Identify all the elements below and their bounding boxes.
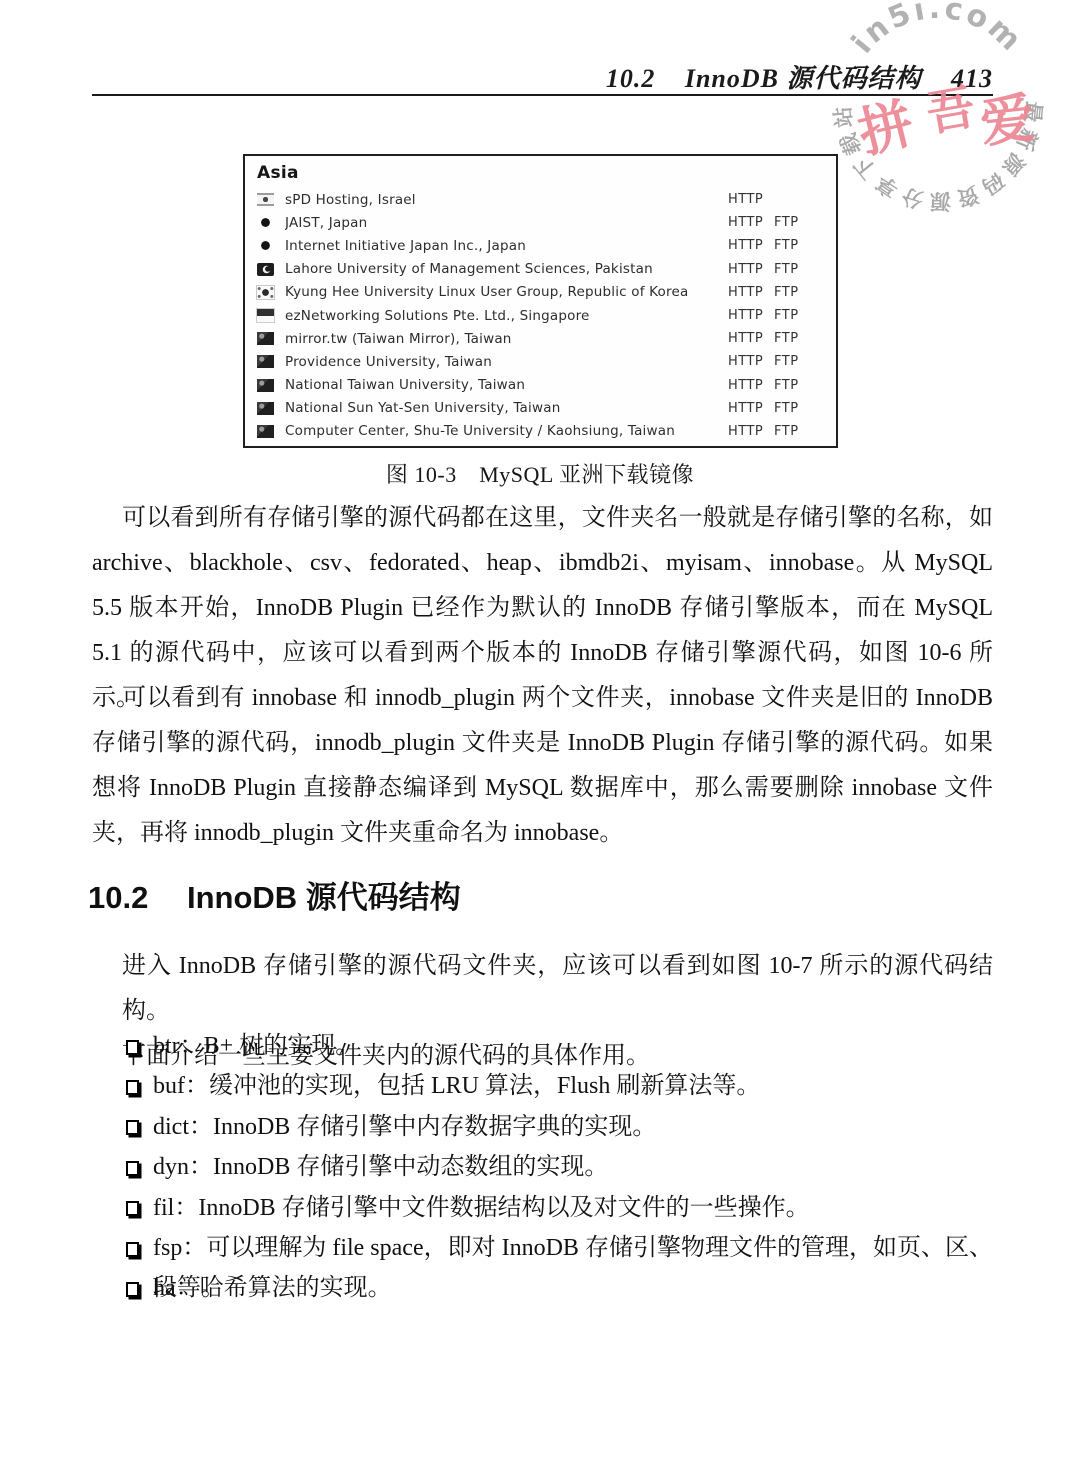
taiwan-flag-icon	[257, 355, 274, 368]
mirror-protocols: HTTPFTP	[728, 262, 824, 277]
taiwan-flag-icon	[257, 332, 274, 345]
mirror-row: sPD Hosting, IsraelHTTP	[257, 188, 824, 211]
mirror-name: Computer Center, Shu-Te University / Kao…	[285, 423, 728, 439]
mirror-name: National Taiwan University, Taiwan	[285, 377, 728, 393]
mirror-list-figure: Asia sPD Hosting, IsraelHTTPJAIST, Japan…	[243, 154, 838, 448]
running-header: 10.2 InnoDB 源代码结构 413	[92, 58, 993, 92]
mirror-protocols: HTTPFTP	[728, 378, 824, 393]
running-header-title: InnoDB 源代码结构	[685, 64, 922, 93]
folder-list-text: dict：InnoDB 存储引擎中内存数据字典的实现。	[153, 1107, 656, 1147]
folder-list-item: btr：B+ 树的实现。	[126, 1026, 994, 1066]
protocol-ftp-label: FTP	[774, 215, 820, 230]
folder-list-text: btr：B+ 树的实现。	[153, 1026, 359, 1066]
mirror-protocols: HTTPFTP	[728, 215, 824, 230]
protocol-ftp-label	[774, 192, 820, 207]
taiwan-flag-icon	[257, 379, 274, 392]
mirror-name: Lahore University of Management Sciences…	[285, 261, 728, 277]
mirror-name: mirror.tw (Taiwan Mirror), Taiwan	[285, 331, 728, 347]
folder-list-text: ha：哈希算法的实现。	[153, 1268, 392, 1308]
protocol-ftp-label: FTP	[774, 401, 820, 416]
protocol-http-label: HTTP	[728, 331, 774, 346]
japan-flag-icon	[257, 239, 274, 252]
protocol-ftp-label: FTP	[774, 354, 820, 369]
taiwan-flag-icon	[257, 402, 274, 415]
watermark-domain-arc: in5i.com	[845, 2, 1030, 60]
watermark-stamp: in5i.com 最新源码资源分享下载站	[818, 2, 1080, 214]
paragraph-2: 可以看到有 innobase 和 innodb_plugin 两个文件夹，inn…	[92, 676, 993, 856]
folder-list-item: dyn：InnoDB 存储引擎中动态数组的实现。	[126, 1147, 994, 1187]
running-header-section-no: 10.2	[606, 64, 656, 93]
mirror-row: Computer Center, Shu-Te University / Kao…	[257, 420, 824, 443]
israel-flag-icon	[257, 193, 274, 206]
folder-list-text: buf：缓冲池的实现，包括 LRU 算法，Flush 刷新算法等。	[153, 1066, 760, 1106]
mirror-name: ezNetworking Solutions Pte. Ltd., Singap…	[285, 308, 728, 324]
mirror-name: Kyung Hee University Linux User Group, R…	[285, 284, 728, 300]
folder-list-text: dyn：InnoDB 存储引擎中动态数组的实现。	[153, 1147, 608, 1187]
mirror-name: National Sun Yat-Sen University, Taiwan	[285, 400, 728, 416]
mirror-row: mirror.tw (Taiwan Mirror), TaiwanHTTPFTP	[257, 327, 824, 350]
mirror-protocols: HTTPFTP	[728, 308, 824, 323]
watermark-domain-text: in5i.com	[845, 2, 1030, 60]
protocol-http-label: HTTP	[728, 424, 774, 439]
mirror-row: National Taiwan University, TaiwanHTTPFT…	[257, 374, 824, 397]
mirror-row: Kyung Hee University Linux User Group, R…	[257, 281, 824, 304]
mirror-row: JAIST, JapanHTTPFTP	[257, 211, 824, 234]
protocol-ftp-label: FTP	[774, 378, 820, 393]
protocol-http-label: HTTP	[728, 378, 774, 393]
mirror-protocols: HTTPFTP	[728, 354, 824, 369]
protocol-ftp-label: FTP	[774, 285, 820, 300]
mirror-protocols: HTTPFTP	[728, 238, 824, 253]
protocol-http-label: HTTP	[728, 308, 774, 323]
mirror-row: Lahore University of Management Sciences…	[257, 258, 824, 281]
protocol-http-label: HTTP	[728, 192, 774, 207]
mirror-protocols: HTTPFTP	[728, 285, 824, 300]
mirror-region-title: Asia	[257, 163, 824, 183]
protocol-ftp-label: FTP	[774, 424, 820, 439]
protocol-http-label: HTTP	[728, 285, 774, 300]
protocol-ftp-label: FTP	[774, 331, 820, 346]
japan-flag-icon	[257, 216, 274, 229]
checkbox-bullet-icon	[126, 1201, 139, 1216]
book-page: { "header": { "section_no": "10.2", "cha…	[0, 0, 1080, 1478]
mirror-name: Internet Initiative Japan Inc., Japan	[285, 238, 728, 254]
mirror-protocols: HTTPFTP	[728, 401, 824, 416]
mirror-row: ezNetworking Solutions Pte. Ltd., Singap…	[257, 304, 824, 327]
mirror-row: Internet Initiative Japan Inc., JapanHTT…	[257, 234, 824, 257]
folder-list-text: fil：InnoDB 存储引擎中文件数据结构以及对文件的一些操作。	[153, 1188, 810, 1228]
protocol-http-label: HTTP	[728, 262, 774, 277]
mirror-name: Providence University, Taiwan	[285, 354, 728, 370]
figure-caption: 图 10-3 MySQL 亚洲下载镜像	[0, 458, 1080, 489]
folder-list-item: buf：缓冲池的实现，包括 LRU 算法，Flush 刷新算法等。	[126, 1066, 994, 1106]
mirror-name: JAIST, Japan	[285, 215, 728, 231]
watermark-slogan-arc: 最新源码资源分享下载站	[830, 100, 1045, 213]
section-heading-number: 10.2	[88, 880, 148, 915]
korea-flag-icon	[257, 286, 274, 299]
protocol-http-label: HTTP	[728, 401, 774, 416]
mirror-row: Providence University, TaiwanHTTPFTP	[257, 350, 824, 373]
protocol-ftp-label: FTP	[774, 262, 820, 277]
mirror-protocols: HTTP	[728, 192, 824, 207]
taiwan-flag-icon	[257, 425, 274, 438]
checkbox-bullet-icon	[126, 1161, 139, 1176]
section-heading-title: InnoDB 源代码结构	[187, 880, 461, 915]
folder-list-item: fil：InnoDB 存储引擎中文件数据结构以及对文件的一些操作。	[126, 1188, 994, 1228]
protocol-http-label: HTTP	[728, 215, 774, 230]
mirror-row: National Sun Yat-Sen University, TaiwanH…	[257, 397, 824, 420]
mirror-rows: sPD Hosting, IsraelHTTPJAIST, JapanHTTPF…	[257, 188, 824, 443]
watermark-slogan-text: 最新源码资源分享下载站	[830, 100, 1045, 213]
protocol-http-label: HTTP	[728, 238, 774, 253]
protocol-http-label: HTTP	[728, 354, 774, 369]
mirror-name: sPD Hosting, Israel	[285, 192, 728, 208]
checkbox-bullet-icon	[126, 1040, 139, 1055]
section-heading: 10.2 InnoDB 源代码结构	[88, 872, 993, 917]
header-rule	[92, 94, 993, 96]
checkbox-bullet-icon	[126, 1242, 139, 1257]
mirror-protocols: HTTPFTP	[728, 331, 824, 346]
folder-list-item: fsp：可以理解为 file space，即对 InnoDB 存储引擎物理文件的…	[126, 1228, 994, 1268]
folder-list: btr：B+ 树的实现。buf：缓冲池的实现，包括 LRU 算法，Flush 刷…	[126, 1026, 994, 1309]
checkbox-bullet-icon	[126, 1120, 139, 1135]
paragraph-3-line: 进入 InnoDB 存储引擎的源代码文件夹，应该可以看到如图 10-7 所示的源…	[122, 944, 993, 1034]
protocol-ftp-label: FTP	[774, 308, 820, 323]
checkbox-bullet-icon	[126, 1282, 139, 1297]
singapore-flag-icon	[257, 309, 274, 322]
pakistan-flag-icon	[257, 263, 274, 276]
page-number: 413	[951, 64, 993, 93]
checkbox-bullet-icon	[126, 1080, 139, 1095]
folder-list-item: dict：InnoDB 存储引擎中内存数据字典的实现。	[126, 1107, 994, 1147]
protocol-ftp-label: FTP	[774, 238, 820, 253]
mirror-protocols: HTTPFTP	[728, 424, 824, 439]
